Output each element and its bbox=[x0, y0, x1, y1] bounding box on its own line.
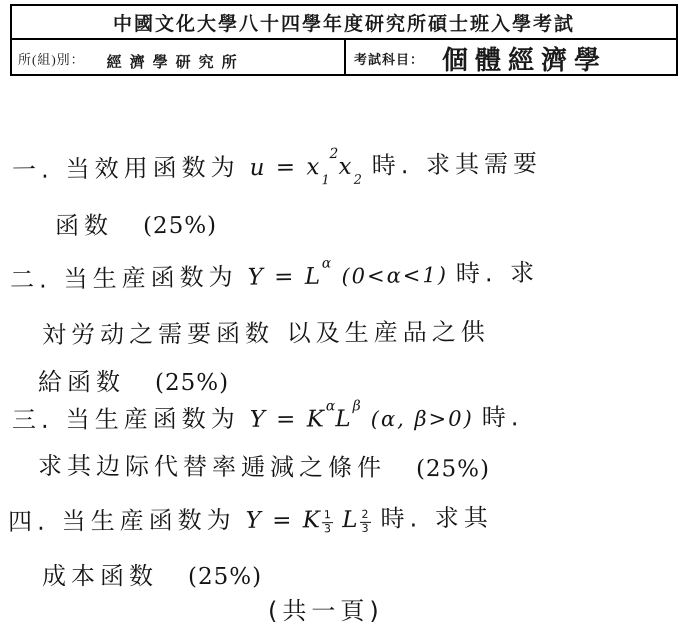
question-2-score: (25%) bbox=[155, 370, 229, 396]
question-4-number: 四. bbox=[8, 508, 50, 536]
department-cell: 所(組)別： 經濟學研究所 bbox=[12, 40, 346, 76]
q3-formula-mid: L bbox=[335, 406, 352, 432]
question-1-tail: 時. 求其需要 bbox=[372, 150, 543, 180]
q2-formula-pre: Y = L bbox=[247, 264, 322, 291]
question-2-line-3: 給函数(25%) bbox=[38, 362, 229, 397]
question-2-formula: Y = Lα bbox=[247, 264, 331, 291]
subject-cell: 考試科目： 個體經濟學 bbox=[346, 40, 676, 76]
department-value: 經濟學研究所 bbox=[107, 51, 245, 72]
question-2-tail: 時. 求 bbox=[456, 259, 540, 288]
question-2-line2-text: 対労动之需要函数 以及生産品之供 bbox=[42, 318, 490, 349]
q3-formula-pre: Y = K bbox=[250, 406, 326, 432]
question-3-tail: 時. bbox=[482, 403, 524, 431]
subject-label: 考試科目： bbox=[354, 49, 424, 68]
q4-l-exponent-fraction: 23 bbox=[359, 509, 370, 535]
question-3-score: (25%) bbox=[416, 456, 490, 482]
q1-x2-subscript: 2 bbox=[354, 172, 362, 187]
q3-l-exponent: β bbox=[353, 399, 361, 415]
question-4-line-1: 四.当生産函数为Y = K13 L23時. 求其 bbox=[8, 498, 493, 539]
q4-formula-pre: Y = K bbox=[246, 507, 322, 534]
question-4-formula: Y = K13 L23 bbox=[246, 507, 371, 534]
question-1-line2-text: 函数 bbox=[55, 211, 113, 240]
question-4-line2-text: 成本函数 bbox=[42, 562, 158, 590]
question-1-score: (25%) bbox=[143, 213, 217, 240]
q2-l-exponent: α bbox=[322, 256, 332, 272]
header-table: 中國文化大學八十四學年度研究所碩士班入學考試 所(組)別： 經濟學研究所 考試科… bbox=[10, 4, 678, 76]
header-info-row: 所(組)別： 經濟學研究所 考試科目： 個體經濟學 bbox=[12, 40, 676, 76]
q1-formula-pre: u = x bbox=[249, 154, 321, 181]
question-1-formula: u = x12x2 bbox=[249, 154, 361, 181]
q4-k-exponent-fraction: 13 bbox=[322, 509, 333, 535]
q1-x1-subscript: 1 bbox=[321, 173, 329, 188]
q4-k-exp-numerator: 1 bbox=[322, 509, 333, 523]
q1-formula-x2: x bbox=[338, 154, 353, 180]
question-3-lead: 当生産函数为 bbox=[66, 405, 240, 434]
question-2-number: 二. bbox=[10, 265, 52, 294]
question-2-condition: (0<α<1) bbox=[341, 263, 448, 288]
question-1-line-1: 一.当效用函数为u = x12x2時. 求其需要 bbox=[12, 144, 542, 188]
question-2-lead: 当生産函数为 bbox=[63, 263, 237, 293]
question-4-score: (25%) bbox=[188, 564, 262, 590]
exam-page: 中國文化大學八十四學年度研究所碩士班入學考試 所(組)別： 經濟學研究所 考試科… bbox=[0, 0, 689, 632]
question-3-condition: (α, β>0) bbox=[371, 407, 474, 432]
question-3-formula: Y = KαLβ bbox=[250, 406, 361, 433]
question-3-line2-text: 求其边际代替率逓減之條件 bbox=[38, 452, 386, 482]
q1-x1-exponent: 2 bbox=[329, 146, 338, 162]
question-1-number: 一. bbox=[12, 155, 54, 184]
question-1-line-2: 函数(25%) bbox=[55, 205, 217, 241]
q3-k-exponent: α bbox=[326, 399, 336, 415]
question-3-line-2: 求其边际代替率逓減之條件(25%) bbox=[38, 446, 490, 483]
page-count-note: (共一頁) bbox=[268, 591, 384, 626]
subject-value: 個體經濟學 bbox=[442, 40, 607, 77]
question-1-lead: 当效用函数为 bbox=[65, 153, 239, 183]
question-4-lead: 当生産函数为 bbox=[62, 506, 236, 536]
question-2-line-2: 対労动之需要函数 以及生産品之供 bbox=[42, 312, 490, 350]
q4-k-exp-denominator: 3 bbox=[324, 523, 331, 536]
question-2-line-1: 二.当生産函数为Y = Lα(0<α<1)時. 求 bbox=[10, 253, 540, 295]
question-4-tail: 時. 求其 bbox=[380, 504, 493, 533]
q4-l-exp-numerator: 2 bbox=[359, 509, 370, 523]
exam-title: 中國文化大學八十四學年度研究所碩士班入學考試 bbox=[12, 6, 676, 40]
department-label: 所(組)別： bbox=[18, 49, 85, 68]
q4-l-exp-denominator: 3 bbox=[362, 522, 369, 535]
question-4-line-2: 成本函数(25%) bbox=[42, 556, 262, 591]
question-3-number: 三. bbox=[12, 406, 54, 434]
question-2-line3-text: 給函数 bbox=[38, 368, 125, 396]
question-3-line-1: 三.当生産函数为Y = KαLβ(α, β>0)時. bbox=[12, 397, 524, 435]
q4-formula-mid: L bbox=[342, 507, 360, 533]
